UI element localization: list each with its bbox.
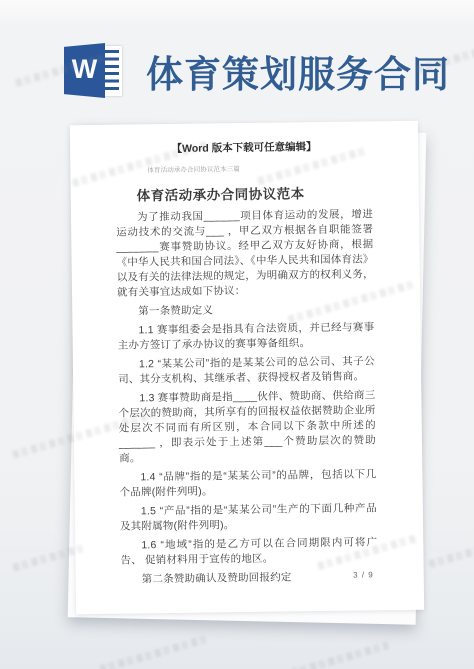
document-title: 体育活动承办合同协议范本 <box>137 182 305 204</box>
word-logo-panel: W <box>64 43 105 98</box>
editable-note: 【Word 版本下载可任意编辑】 <box>70 138 418 158</box>
clause-1-5: 1.5 “产品”指的是“某某公司”生产的下面几种产品及其附属物(附件列明)。 <box>120 501 377 534</box>
page-number: 3 / 9 <box>353 570 374 579</box>
clause-1-1: 1.1 赛事组委会是指具有合法资质，并已经与赛事主办方签订了承办协议的赛事筹备组… <box>117 320 374 353</box>
watermark <box>291 641 389 669</box>
template-title: 体育策划服务合同 <box>146 44 450 98</box>
clause-2-heading: 第二条赞助确认及赞助回报约定 <box>121 569 378 587</box>
word-file-icon: W <box>64 42 122 99</box>
watermark <box>428 544 474 568</box>
word-w-letter: W <box>72 56 97 83</box>
clause-1-heading: 第一条赞助定义 <box>117 301 374 319</box>
paragraph-intro: 为了推动我国______项目体育运动的发展，增进运动技术的交流与___ ，甲乙双… <box>116 207 374 300</box>
clause-1-2: 1.2 “某某公司”指的是某某公司的总公司、其子公司、其分支机构、其继承者、获得… <box>118 354 375 387</box>
clause-1-3: 1.3 赛事赞助商是指____伙伴、赞助商、供给商三个层次的赞助商，其所享有的回… <box>118 388 376 466</box>
clause-1-6: 1.6 “地域”指的是乙方可以在合同期限内可将广告、 促销材料用于宣传的地区。 <box>120 535 377 568</box>
clause-1-4: 1.4 “品牌”指的是“某某公司”的品牌，包括以下几个品牌(附件列明)。 <box>119 467 376 500</box>
watermark <box>99 635 209 669</box>
document-subtitle: 体育活动承办合同协议范本三篇 <box>147 163 240 174</box>
document-page: 【Word 版本下载可任意编辑】 体育活动承办合同协议范本三篇 体育活动承办合同… <box>70 121 424 615</box>
contract-body: 为了推动我国______项目体育运动的发展，增进运动技术的交流与___ ，甲乙双… <box>116 207 378 587</box>
template-preview: W 体育策划服务合同 【Word 版本下载可任意编辑】 体育活动承办合同协议范本… <box>0 0 474 669</box>
